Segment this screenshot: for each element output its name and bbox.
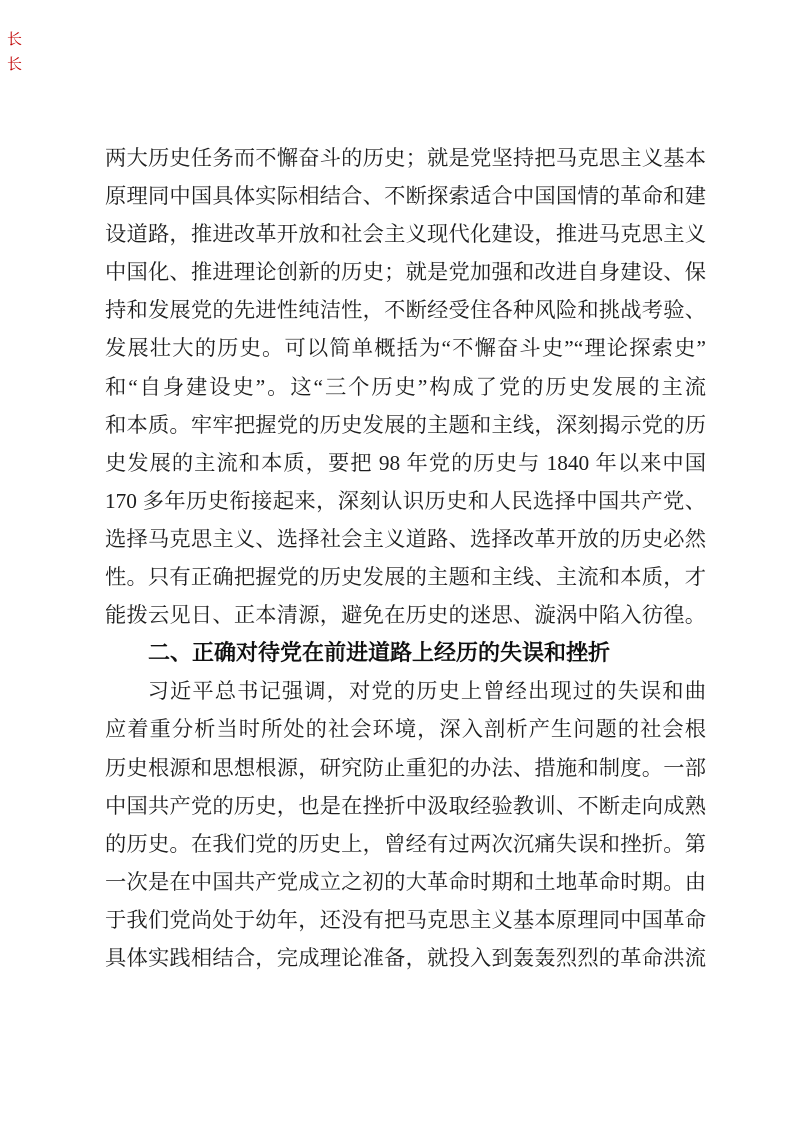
- text-line: 具体实践相结合，完成理论准备，就投入到轰轰烈烈的革命洪流: [105, 939, 706, 977]
- text-line: 性。只有正确把握党的历史发展的主题和主线、主流和本质，才: [105, 558, 706, 596]
- text-line: 设道路，推进改革开放和社会主义现代化建设，推进马克思主义: [105, 215, 706, 253]
- corner-mark: 长: [7, 53, 27, 78]
- text-line: 历史根源和思想根源，研究防止重犯的办法、措施和制度。一部: [105, 749, 706, 787]
- text-line: 的历史。在我们党的历史上，曾经有过两次沉痛失误和挫折。第: [105, 825, 706, 863]
- document-page: 长 长 两大历史任务而不懈奋斗的历史；就是党坚持把马克思主义基本 原理同中国具体…: [0, 0, 793, 1122]
- text-line: 能拨云见日、正本清源，避免在历史的迷思、漩涡中陷入彷徨。: [105, 596, 706, 634]
- text-line: 中国共产党的历史，也是在挫折中汲取经验教训、不断走向成熟: [105, 787, 706, 825]
- text-line: 和“自身建设史”。这“三个历史”构成了党的历史发展的主流: [105, 368, 706, 406]
- text-line: 习近平总书记强调，对党的历史上曾经出现过的失误和曲折，: [105, 672, 706, 710]
- document-body: 两大历史任务而不懈奋斗的历史；就是党坚持把马克思主义基本 原理同中国具体实际相结…: [105, 139, 706, 977]
- text-line: 选择马克思主义、选择社会主义道路、选择改革开放的历史必然: [105, 520, 706, 558]
- text-line: 中国化、推进理论创新的历史；就是党加强和改进自身建设、保: [105, 253, 706, 291]
- text-line: 持和发展党的先进性纯洁性，不断经受住各种风险和挑战考验、: [105, 291, 706, 329]
- text-line: 发展壮大的历史。可以简单概括为“不懈奋斗史”“理论探索史”: [105, 329, 706, 367]
- text-line: 和本质。牢牢把握党的历史发展的主题和主线，深刻揭示党的历: [105, 406, 706, 444]
- text-line: 170 多年历史衔接起来，深刻认识历史和人民选择中国共产党、: [105, 482, 706, 520]
- text-line: 史发展的主流和本质，要把 98 年党的历史与 1840 年以来中国: [105, 444, 706, 482]
- section-heading: 二、正确对待党在前进道路上经历的失误和挫折: [105, 634, 706, 672]
- corner-watermark: 长 长: [7, 28, 27, 78]
- text-line: 原理同中国具体实际相结合、不断探索适合中国国情的革命和建: [105, 177, 706, 215]
- corner-mark: 长: [7, 28, 27, 53]
- text-line: 一次是在中国共产党成立之初的大革命时期和土地革命时期。由: [105, 863, 706, 901]
- text-line: 于我们党尚处于幼年，还没有把马克思主义基本原理同中国革命: [105, 901, 706, 939]
- text-line: 应着重分析当时所处的社会环境，深入剖析产生问题的社会根源、: [105, 710, 706, 748]
- text-line: 两大历史任务而不懈奋斗的历史；就是党坚持把马克思主义基本: [105, 139, 706, 177]
